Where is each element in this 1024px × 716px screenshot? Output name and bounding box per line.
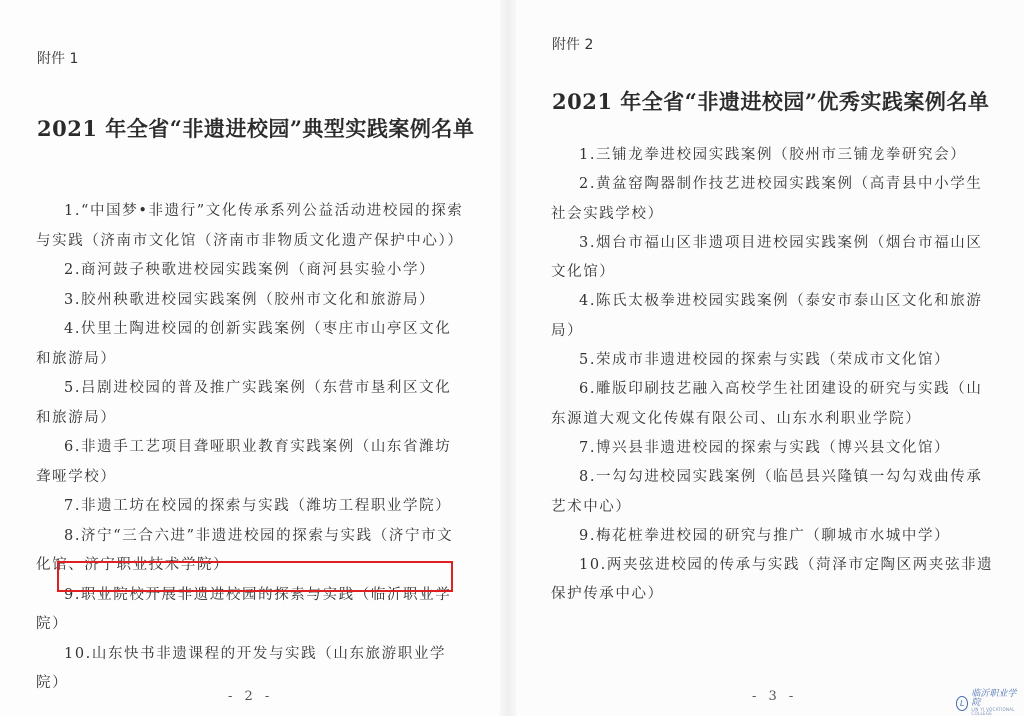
typical-cases-list: 1.“中国梦•非遗行”文化传承系列公益活动进校园的探索与实践（济南市文化馆（济南…: [36, 197, 464, 699]
list-item: 3.烟台市福山区非遗项目进校园实践案例（烟台市福山区文化馆）: [551, 229, 997, 288]
page-divider: [500, 0, 516, 716]
page-title-excellent: 2021 年全省“非遗进校园”优秀实践案例名单: [552, 86, 989, 116]
page-title-typical: 2021 年全省“非遗进校园”典型实践案例名单: [37, 113, 474, 143]
highlight-box: [57, 561, 453, 592]
list-item: 6.非遗手工艺项目聋哑职业教育实践案例（山东省潍坊聋哑学校）: [36, 433, 464, 492]
list-item: 4.伏里土陶进校园的创新实践案例（枣庄市山亭区文化和旅游局）: [36, 315, 464, 374]
list-item: 9.梅花桩拳进校园的研究与推广（聊城市水城中学）: [551, 522, 997, 551]
list-item: 5.吕剧进校园的普及推广实践案例（东营市垦利区文化和旅游局）: [36, 374, 464, 433]
watermark-name-cn: 临沂职业学院: [971, 690, 1024, 708]
list-item: 1.三铺龙拳进校园实践案例（胶州市三铺龙拳研究会）: [551, 141, 997, 170]
attachment-label-2: 附件 2: [552, 34, 593, 54]
list-item: 8.一勾勾进校园实践案例（临邑县兴隆镇一勾勾戏曲传承艺术中心）: [551, 463, 997, 522]
list-item: 2.商河鼓子秧歌进校园实践案例（商河县实验小学）: [36, 256, 464, 286]
list-item: 7.博兴县非遗进校园的探索与实践（博兴县文化馆）: [551, 434, 997, 463]
college-logo-icon: L: [956, 696, 968, 711]
watermark-name-en: LIN YI VOCATIONAL COLLEGE: [971, 708, 1024, 716]
list-item: 10.两夹弦进校园的传承与实践（菏泽市定陶区两夹弦非遗保护传承中心）: [551, 551, 997, 610]
list-item: 2.黄盆窑陶器制作技艺进校园实践案例（高青县中小学生社会实践学校）: [551, 170, 997, 229]
list-item: 5.荣成市非遗进校园的探索与实践（荣成市文化馆）: [551, 346, 997, 375]
college-watermark: L 临沂职业学院 LIN YI VOCATIONAL COLLEGE: [956, 690, 1024, 716]
page-number-right: - 3 -: [752, 689, 797, 704]
list-item: 3.胶州秧歌进校园实践案例（胶州市文化和旅游局）: [36, 286, 464, 316]
list-item: 6.雕版印刷技艺融入高校学生社团建设的研究与实践（山东源道大观文化传媒有限公司、…: [551, 375, 997, 434]
list-item: 7.非遗工坊在校园的探索与实践（潍坊工程职业学院）: [36, 492, 464, 522]
list-item: 4.陈氏太极拳进校园实践案例（泰安市泰山区文化和旅游局）: [551, 287, 997, 346]
list-item: 1.“中国梦•非遗行”文化传承系列公益活动进校园的探索与实践（济南市文化馆（济南…: [36, 197, 464, 256]
page-number-left: - 2 -: [228, 689, 273, 704]
excellent-cases-list: 1.三铺龙拳进校园实践案例（胶州市三铺龙拳研究会） 2.黄盆窑陶器制作技艺进校园…: [551, 141, 997, 610]
attachment-label-1: 附件 1: [37, 48, 78, 68]
